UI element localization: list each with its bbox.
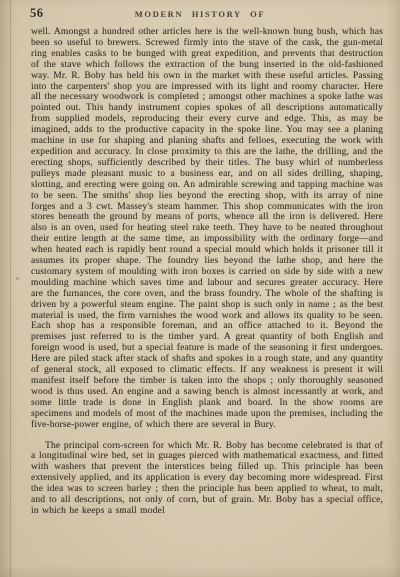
- page-edge-line: [10, 0, 11, 577]
- article-text: well. Amongst a hundred other articles h…: [31, 27, 383, 517]
- running-title: MODERN HISTORY OF: [0, 6, 400, 19]
- page-number: 56: [30, 6, 44, 21]
- page-header: 56 MODERN HISTORY OF: [0, 6, 400, 22]
- book-page: 56 MODERN HISTORY OF well. Amongst a hun…: [0, 0, 400, 577]
- paper-blemish: [16, 277, 19, 280]
- paragraph: well. Amongst a hundred other articles h…: [31, 27, 383, 431]
- paragraph: The principal corn-screen for which Mr. …: [31, 441, 383, 517]
